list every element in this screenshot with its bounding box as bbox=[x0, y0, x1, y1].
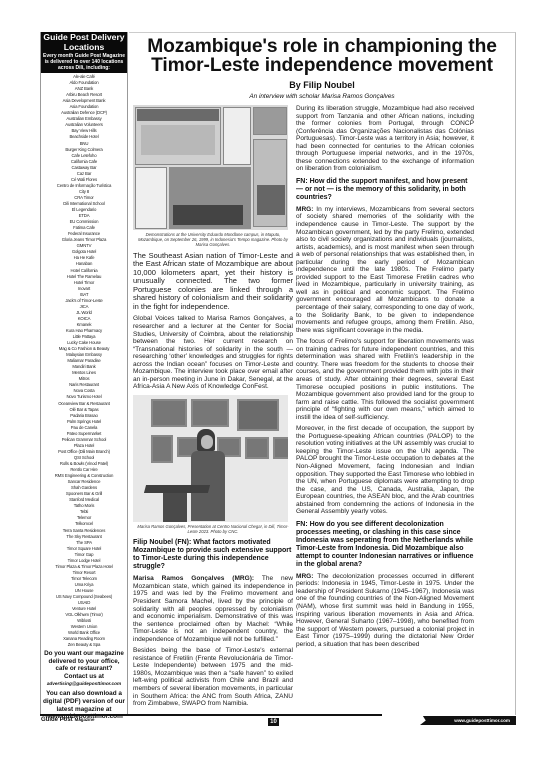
question-3: FN: How do you see different decolonizat… bbox=[296, 521, 474, 569]
contact-email-link[interactable]: advertising@guideposttimor.com bbox=[43, 680, 125, 687]
article-column-right: During its liberation struggle, Mozambiq… bbox=[296, 105, 474, 648]
intro-paragraph-2: Global Voices talked to Marisa Ramos Gon… bbox=[133, 315, 293, 390]
speaker-presentation-photo bbox=[133, 395, 288, 522]
footer-brand-suffix: Magazine bbox=[75, 717, 95, 722]
answer-2-paragraph-2: The focus of Frelimo's support for liber… bbox=[296, 338, 474, 421]
answer-3-speaker: MRG: bbox=[296, 573, 313, 580]
article-headline: Mozambique's role in championing the Tim… bbox=[129, 37, 515, 75]
answer-1-speaker: Marisa Ramos Gonçalves (MRG): bbox=[133, 575, 254, 582]
footer-rule bbox=[40, 714, 382, 716]
demonstration-newspaper-photo bbox=[133, 105, 288, 230]
article-subhead: An interview with scholar Marisa Ramos G… bbox=[129, 93, 515, 100]
delivery-cta-text: Do you want our magazine delivered to yo… bbox=[44, 650, 124, 679]
intro-paragraph-1: The Southeast Asian nation of Timor-Lest… bbox=[133, 252, 293, 312]
location-item: Zen Beauty & Spa bbox=[41, 642, 127, 648]
sidebar-title: Guide Post Delivery Locations bbox=[43, 33, 125, 52]
answer-2-paragraph-3: Moreover, in the first decade of occupat… bbox=[296, 425, 474, 516]
photo2-caption: Marisa Ramos Gonçalves, Presentation at … bbox=[133, 524, 293, 534]
article-byline: By Filip Noubel bbox=[129, 80, 515, 90]
answer-3-text: The decolonization processes occurred in… bbox=[296, 573, 474, 648]
answer-2-paragraph-1: MRG: In my interviews, Mozambicans from … bbox=[296, 206, 474, 334]
answer-3-paragraph-1: MRG: The decolonization processes occurr… bbox=[296, 573, 474, 648]
sidebar-subtitle: Every month Guide Post Magazine is deliv… bbox=[43, 53, 125, 71]
footer-brand: Guide PostMagazine bbox=[41, 717, 94, 723]
photo1-caption: Demonstrations at the University Eduardo… bbox=[133, 232, 293, 248]
page-number: 10 bbox=[268, 718, 279, 726]
sidebar-header: Guide Post Delivery Locations Every mont… bbox=[41, 32, 127, 73]
question-1: Filip Noubel (FN): What factors motivate… bbox=[133, 539, 293, 571]
answer-1-paragraph-3: During its liberation struggle, Mozambiq… bbox=[296, 105, 474, 173]
answer-1-text: The new Mozambican state, which gained i… bbox=[133, 575, 293, 642]
delivery-locations-sidebar: Guide Post Delivery Locations Every mont… bbox=[40, 32, 128, 715]
location-list: Ale-ale CaféAldo FoundationANZ BankArbir… bbox=[41, 74, 127, 648]
answer-1-paragraph-1: Marisa Ramos Gonçalves (MRG): The new Mo… bbox=[133, 575, 293, 643]
answer-2-text: In my interviews, Mozambicans from sever… bbox=[296, 206, 474, 334]
delivery-cta: Do you want our magazine delivered to yo… bbox=[41, 650, 127, 687]
footer-website-link[interactable]: www.guideposttimor.com bbox=[420, 716, 516, 725]
article-column-left: Demonstrations at the University Eduardo… bbox=[133, 105, 293, 708]
answer-1-paragraph-2: Besides being the base of Timor-Leste's … bbox=[133, 647, 293, 707]
answer-2-speaker: MRG: bbox=[296, 206, 313, 213]
footer-brand-name: Guide Post bbox=[41, 717, 73, 723]
question-2: FN: How did the support manifest, and ho… bbox=[296, 178, 474, 202]
article: Mozambique's role in championing the Tim… bbox=[129, 32, 516, 715]
